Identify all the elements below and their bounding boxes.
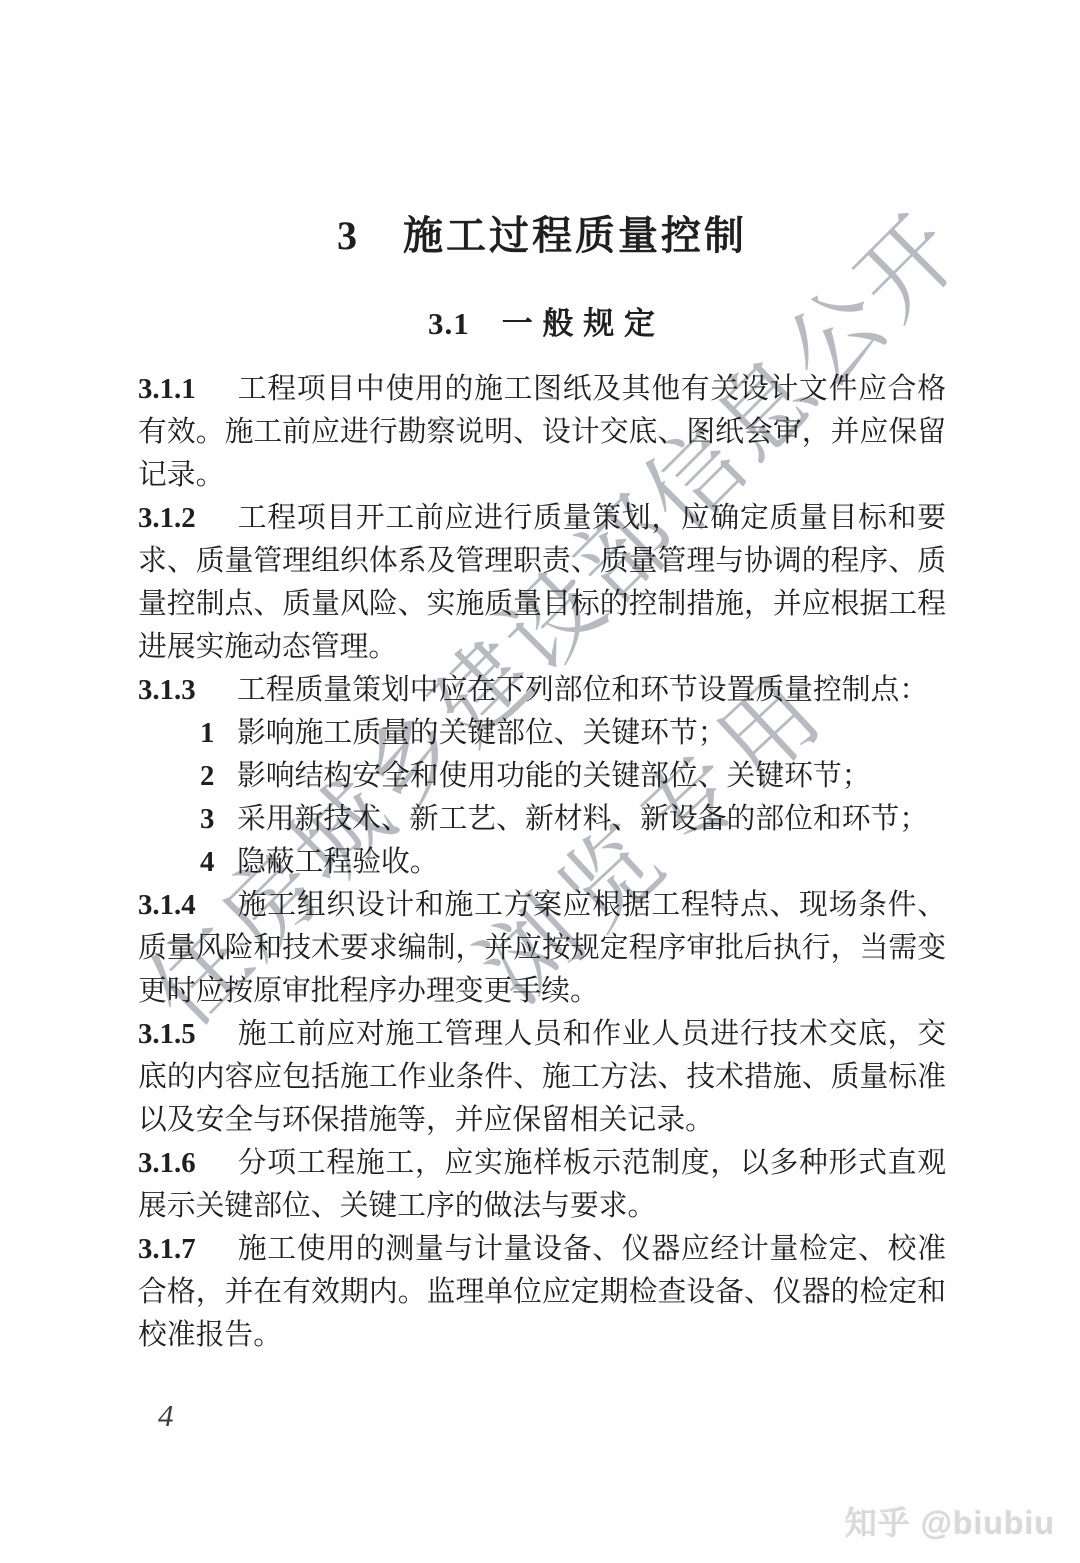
clause-text: 分项工程施工，应实施样板示范制度，以多种形式直观展示关键部位、关键工序的做法与要… <box>138 1147 946 1222</box>
page-content: 3 施工过程质量控制 3.1 一 般 规 定 3.1.1工程项目中使用的施工图纸… <box>138 0 946 1357</box>
clause-3-1-3-list: 1影响施工质量的关键部位、关键环节； 2影响结构安全和使用功能的关键部位、关键环… <box>138 712 946 884</box>
clause-3-1-2: 3.1.2工程项目开工前应进行质量策划，应确定质量目标和要求、质量管理组织体系及… <box>138 497 946 669</box>
list-item-2: 2影响结构安全和使用功能的关键部位、关键环节； <box>138 755 946 798</box>
clause-body: 3.1.1工程项目中使用的施工图纸及其他有关设计文件应合格有效。施工前应进行勘察… <box>138 368 946 1357</box>
clause-3-1-5: 3.1.5施工前应对施工管理人员和作业人员进行技术交底，交底的内容应包括施工作业… <box>138 1013 946 1142</box>
clause-text: 施工组织设计和施工方案应根据工程特点、现场条件、质量风险和技术要求编制，并应按规… <box>138 889 946 1007</box>
clause-text: 施工前应对施工管理人员和作业人员进行技术交底，交底的内容应包括施工作业条件、施工… <box>138 1018 946 1136</box>
list-item-3: 3采用新技术、新工艺、新材料、新设备的部位和环节； <box>138 798 946 841</box>
clause-number: 3.1.1 <box>138 368 237 411</box>
item-text: 采用新技术、新工艺、新材料、新设备的部位和环节； <box>237 803 928 835</box>
list-item-4: 4隐蔽工程验收。 <box>138 841 946 884</box>
clause-text: 工程质量策划中应在下列部位和环节设置质量控制点： <box>237 674 928 706</box>
clause-number: 3.1.3 <box>138 669 237 712</box>
section-heading: 3.1 一 般 规 定 <box>138 306 946 342</box>
clause-3-1-6: 3.1.6分项工程施工，应实施样板示范制度，以多种形式直观展示关键部位、关键工序… <box>138 1142 946 1228</box>
clause-3-1-7: 3.1.7施工使用的测量与计量设备、仪器应经计量检定、校准合格，并在有效期内。监… <box>138 1228 946 1357</box>
clause-3-1-4: 3.1.4施工组织设计和施工方案应根据工程特点、现场条件、质量风险和技术要求编制… <box>138 884 946 1013</box>
clause-3-1-3: 3.1.3工程质量策划中应在下列部位和环节设置质量控制点： <box>138 669 946 712</box>
item-number: 1 <box>200 712 237 755</box>
clause-3-1-1: 3.1.1工程项目中使用的施工图纸及其他有关设计文件应合格有效。施工前应进行勘察… <box>138 368 946 497</box>
item-number: 4 <box>200 841 237 884</box>
item-text: 隐蔽工程验收。 <box>237 846 439 878</box>
document-page: 住房城乡建设部信息公开 浏览专用 3 施工过程质量控制 3.1 一 般 规 定 … <box>0 0 1080 1563</box>
clause-number: 3.1.4 <box>138 884 237 927</box>
clause-number: 3.1.6 <box>138 1142 237 1185</box>
chapter-title: 3 施工过程质量控制 <box>138 212 946 260</box>
clause-number: 3.1.5 <box>138 1013 237 1056</box>
item-number: 2 <box>200 755 237 798</box>
item-text: 影响施工质量的关键部位、关键环节； <box>237 717 727 749</box>
clause-number: 3.1.7 <box>138 1228 237 1271</box>
clause-text: 工程项目中使用的施工图纸及其他有关设计文件应合格有效。施工前应进行勘察说明、设计… <box>138 373 946 491</box>
clause-number: 3.1.2 <box>138 497 237 540</box>
clause-text: 工程项目开工前应进行质量策划，应确定质量目标和要求、质量管理组织体系及管理职责、… <box>138 502 946 663</box>
item-number: 3 <box>200 798 237 841</box>
clause-text: 施工使用的测量与计量设备、仪器应经计量检定、校准合格，并在有效期内。监理单位应定… <box>138 1233 946 1351</box>
page-number: 4 <box>158 1398 174 1434</box>
zhihu-credit-watermark: 知乎 @biubiu <box>845 1498 1055 1544</box>
list-item-1: 1影响施工质量的关键部位、关键环节； <box>138 712 946 755</box>
item-text: 影响结构安全和使用功能的关键部位、关键环节； <box>237 760 871 792</box>
